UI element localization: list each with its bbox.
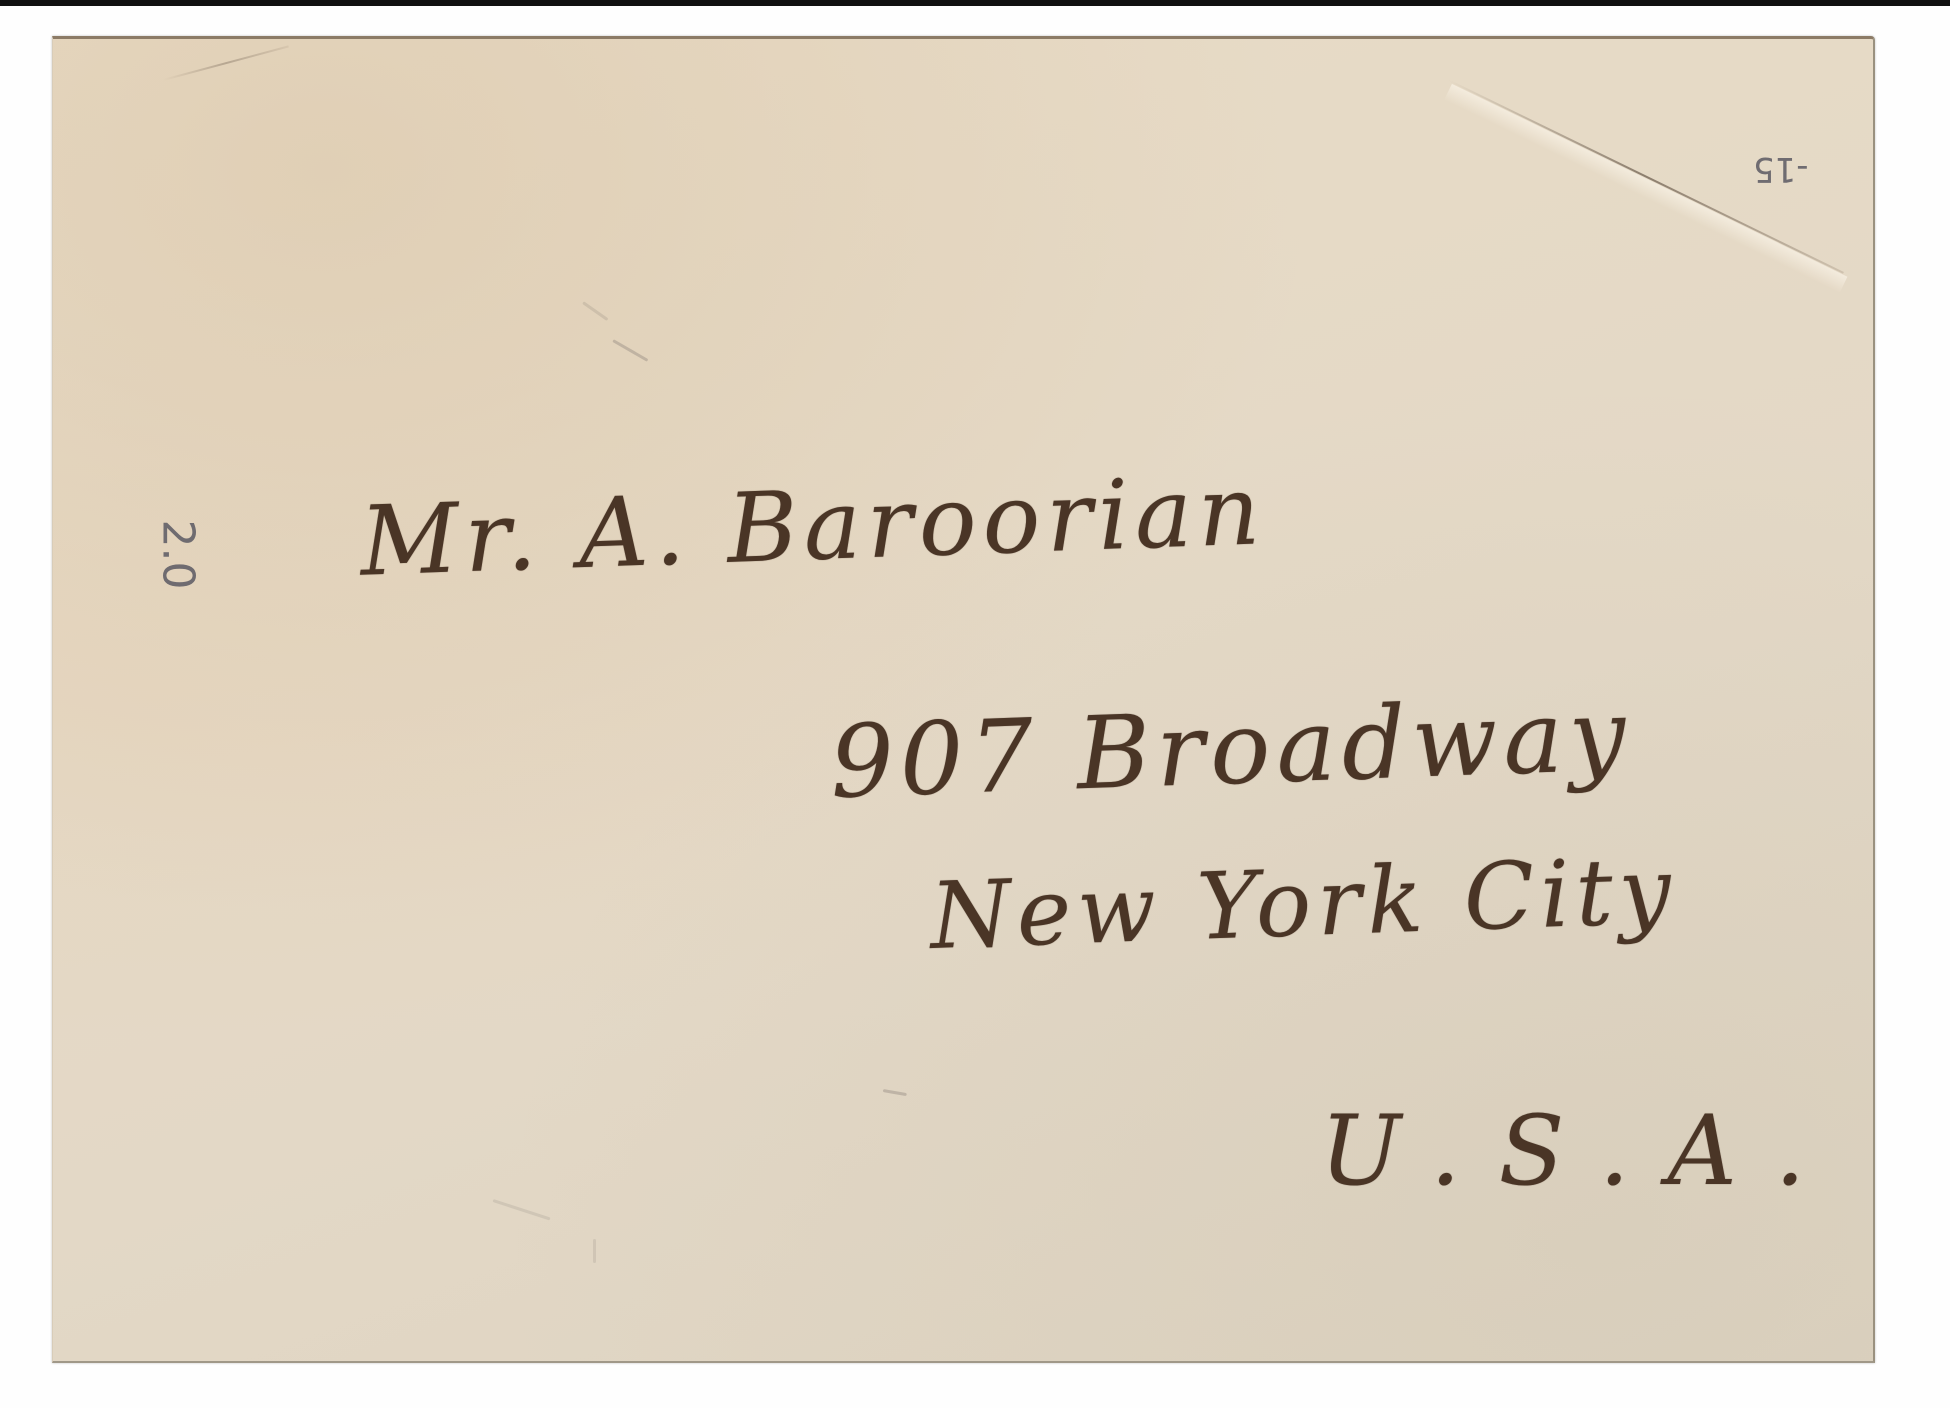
- scuff-mark: [582, 301, 608, 321]
- scuff-mark: [883, 1089, 907, 1096]
- address-country: U.S.A.: [1320, 1095, 1843, 1207]
- scuff-mark: [493, 1199, 551, 1220]
- scanner-edge: [0, 0, 1950, 6]
- scuff-mark: [612, 339, 648, 362]
- pencil-notation-top-right: -15: [1753, 149, 1809, 189]
- pencil-notation-left-edge: 2.0: [152, 520, 203, 590]
- crease-top-left: [163, 45, 289, 81]
- scan-frame: -15 2.0 Mr. A. Baroorian 907 Broadway Ne…: [0, 0, 1950, 1408]
- scuff-mark: [593, 1239, 596, 1263]
